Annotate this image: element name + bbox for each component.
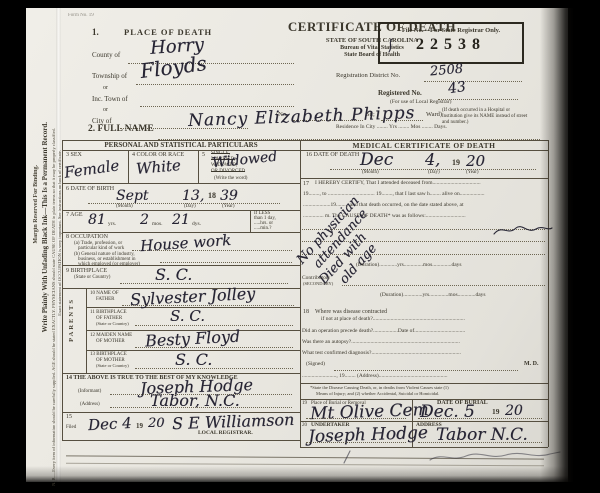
signed-label: (Signed) bbox=[306, 362, 325, 368]
occupation-a-line2: particular kind of work bbox=[78, 246, 124, 251]
date-of-death-label: 16 DATE OF DEATH bbox=[306, 152, 359, 158]
paper-bottom-shadow bbox=[26, 466, 568, 482]
rule bbox=[62, 440, 300, 441]
dotted-line bbox=[306, 417, 406, 419]
inc-town-label: Inc. Town of bbox=[92, 96, 128, 104]
dotted-line bbox=[418, 417, 542, 419]
rule bbox=[62, 232, 300, 233]
ward-label: Ward) bbox=[426, 111, 442, 118]
father-birthplace-value: S. C. bbox=[170, 307, 205, 325]
pen-mark bbox=[384, 38, 398, 54]
informant-address-note: (Address) bbox=[80, 402, 100, 407]
or-word: or bbox=[103, 85, 108, 91]
dotted-line bbox=[342, 284, 545, 286]
autopsy-line: Was there an autopsy?...................… bbox=[302, 340, 460, 346]
or-word: or bbox=[103, 107, 108, 113]
duration-line-2: (Duration)..............yrs.............… bbox=[380, 293, 486, 299]
age-years-value: 81 bbox=[88, 212, 106, 228]
sex-label: 3 SEX bbox=[66, 152, 82, 158]
father-name-label-1: 10 NAME OF bbox=[90, 291, 119, 296]
file-number-label: File No.—For State Registrar Only. bbox=[380, 27, 522, 34]
dob-month-note: (Month) bbox=[116, 204, 133, 209]
registration-district-value: 2508 bbox=[429, 62, 463, 80]
father-birthplace-note: (State or Country) bbox=[96, 322, 129, 327]
dotted-line bbox=[160, 261, 292, 263]
dotted-line bbox=[122, 304, 294, 306]
parents-label: PARENTS bbox=[68, 298, 75, 342]
age-yrs-unit: yrs. bbox=[108, 222, 116, 228]
operation-line: Did an operation precede death?.........… bbox=[302, 329, 465, 335]
dotted-line bbox=[424, 80, 522, 82]
section-1-number: 1. bbox=[92, 28, 99, 38]
signed-address-line: ........................., 19........ (A… bbox=[302, 374, 447, 380]
margin-permanent-note: Write Plainly With Unfading Black Ink—Th… bbox=[41, 122, 49, 332]
dotted-line bbox=[136, 83, 294, 85]
dotted-line bbox=[140, 105, 294, 107]
file-number-box: File No.—For State Registrar Only. 22538 bbox=[378, 22, 524, 64]
filed-year-value: 20 bbox=[148, 416, 165, 431]
dotted-line bbox=[334, 369, 518, 371]
age-mos-unit: mos. bbox=[152, 222, 163, 228]
undertaker-value: Joseph Hodge bbox=[308, 423, 429, 447]
signed-md-label: M. D. bbox=[524, 361, 539, 367]
registration-district-label: Registration District No. bbox=[336, 72, 400, 79]
footnote-line-2: Means of Injury; and (2) whether Acciden… bbox=[316, 392, 439, 397]
filed-year-prefix: 19 bbox=[136, 423, 143, 431]
certify-number: 17 bbox=[303, 181, 309, 187]
q18-number: 18 bbox=[303, 309, 309, 315]
dob-day-note: (Day) bbox=[184, 204, 196, 209]
burial-number: 19 bbox=[302, 401, 307, 406]
personal-section-title: PERSONAL AND STATISTICAL PARTICULARS bbox=[62, 142, 300, 150]
full-name-label: 2. FULL NAME bbox=[88, 124, 154, 134]
rule bbox=[250, 210, 251, 232]
dod-day-note: (Day) bbox=[428, 170, 440, 175]
dob-year-prefix: 18 bbox=[208, 192, 216, 201]
age-less-note-4: .....min.? bbox=[254, 226, 272, 231]
dod-day-value: 4, bbox=[425, 150, 440, 169]
dotted-line bbox=[110, 406, 292, 408]
contributory-secondary-label: (SECONDARY) bbox=[303, 282, 333, 287]
birthplace-label: 9 BIRTHPLACE bbox=[66, 268, 107, 274]
marital-note: (Write the word) bbox=[214, 176, 247, 181]
undertaker-number: 20 bbox=[302, 423, 307, 428]
q18-line-2: if not at place of death?...............… bbox=[321, 317, 465, 323]
residence-line: Residence In City ........ Yrs ........ … bbox=[336, 125, 447, 131]
birthplace-note: (State or Country) bbox=[74, 275, 110, 280]
burial-date-value: Dec. 5 bbox=[420, 402, 475, 422]
filed-number: 15 bbox=[66, 414, 72, 420]
age-days-value: 21 bbox=[172, 212, 190, 228]
dotted-line bbox=[135, 324, 293, 326]
dod-year-note: (Year) bbox=[466, 170, 479, 175]
rule bbox=[128, 150, 129, 183]
dotted-line bbox=[135, 367, 293, 369]
age-dys-unit: dys. bbox=[192, 222, 201, 228]
pen-mark bbox=[340, 450, 356, 464]
hospital-note: (If death occurred in a Hospital or Inst… bbox=[442, 108, 530, 126]
burial-year-prefix: 19 bbox=[492, 408, 500, 416]
rule bbox=[62, 373, 300, 374]
mother-maiden-label-2: OF MOTHER bbox=[96, 339, 125, 344]
dotted-line bbox=[120, 282, 288, 284]
scanned-death-certificate: Margin Reserved For Binding. Write Plain… bbox=[0, 0, 600, 493]
mother-maiden-label-1: 12 MAIDEN NAME bbox=[90, 333, 132, 338]
age-label: 7 AGE bbox=[66, 212, 83, 218]
rule bbox=[300, 140, 301, 447]
duration-line-1: (Duration).............yrs..............… bbox=[356, 263, 462, 269]
dob-year-note: (Year) bbox=[222, 204, 235, 209]
informant-note: (Informant) bbox=[78, 389, 101, 394]
rule bbox=[62, 183, 300, 184]
father-name-label-2: FATHER bbox=[96, 297, 115, 302]
dotted-line bbox=[306, 441, 406, 443]
mother-birthplace-note: (State or Country) bbox=[96, 364, 129, 369]
dotted-line bbox=[418, 441, 542, 443]
mother-birthplace-label-1: 13 BIRTHPLACE bbox=[90, 352, 127, 357]
dotted-line bbox=[135, 346, 293, 348]
form-number: Form No. 19 bbox=[68, 13, 94, 18]
father-birthplace-label-1: 11 BIRTHPLACE bbox=[90, 310, 127, 315]
paper-edge-shadow bbox=[540, 8, 574, 482]
rule bbox=[300, 383, 548, 384]
occupation-label: 8 OCCUPATION bbox=[66, 234, 108, 240]
medical-section-title: MEDICAL CERTIFICATE OF DEATH bbox=[300, 142, 548, 150]
registered-no-label: Registered No. bbox=[378, 90, 422, 98]
age-months-value: 2 bbox=[140, 212, 149, 228]
rule bbox=[300, 178, 548, 179]
rule bbox=[198, 150, 199, 183]
margin-binding-note: Margin Reserved For Binding. bbox=[33, 165, 39, 244]
local-registrar-label: LOCAL REGISTRAR. bbox=[198, 431, 253, 437]
township-label: Township of bbox=[92, 73, 127, 81]
burial-place-value: Mt Olive Cem bbox=[310, 400, 429, 424]
rule bbox=[62, 150, 548, 151]
file-number-value: 22538 bbox=[380, 36, 522, 53]
rule bbox=[62, 140, 63, 440]
filed-label: Filed bbox=[66, 425, 76, 430]
county-label: County of bbox=[92, 52, 120, 60]
date-of-birth-label: 6 DATE OF BIRTH bbox=[66, 186, 114, 192]
dod-year-prefix: 19 bbox=[452, 159, 460, 168]
test-line: What test confirmed diagnosis?..........… bbox=[302, 351, 461, 357]
margin-nb-note-1: N. B.—Every item of information should b… bbox=[51, 128, 56, 486]
marital-number: 5 bbox=[202, 152, 205, 158]
registered-no-value: 43 bbox=[447, 79, 467, 97]
filed-date-value: Dec 4 bbox=[88, 414, 133, 434]
occupation-b-line3: which employed (or employer) bbox=[78, 262, 140, 267]
q18-line-1: Where was disease contracted bbox=[315, 309, 387, 315]
